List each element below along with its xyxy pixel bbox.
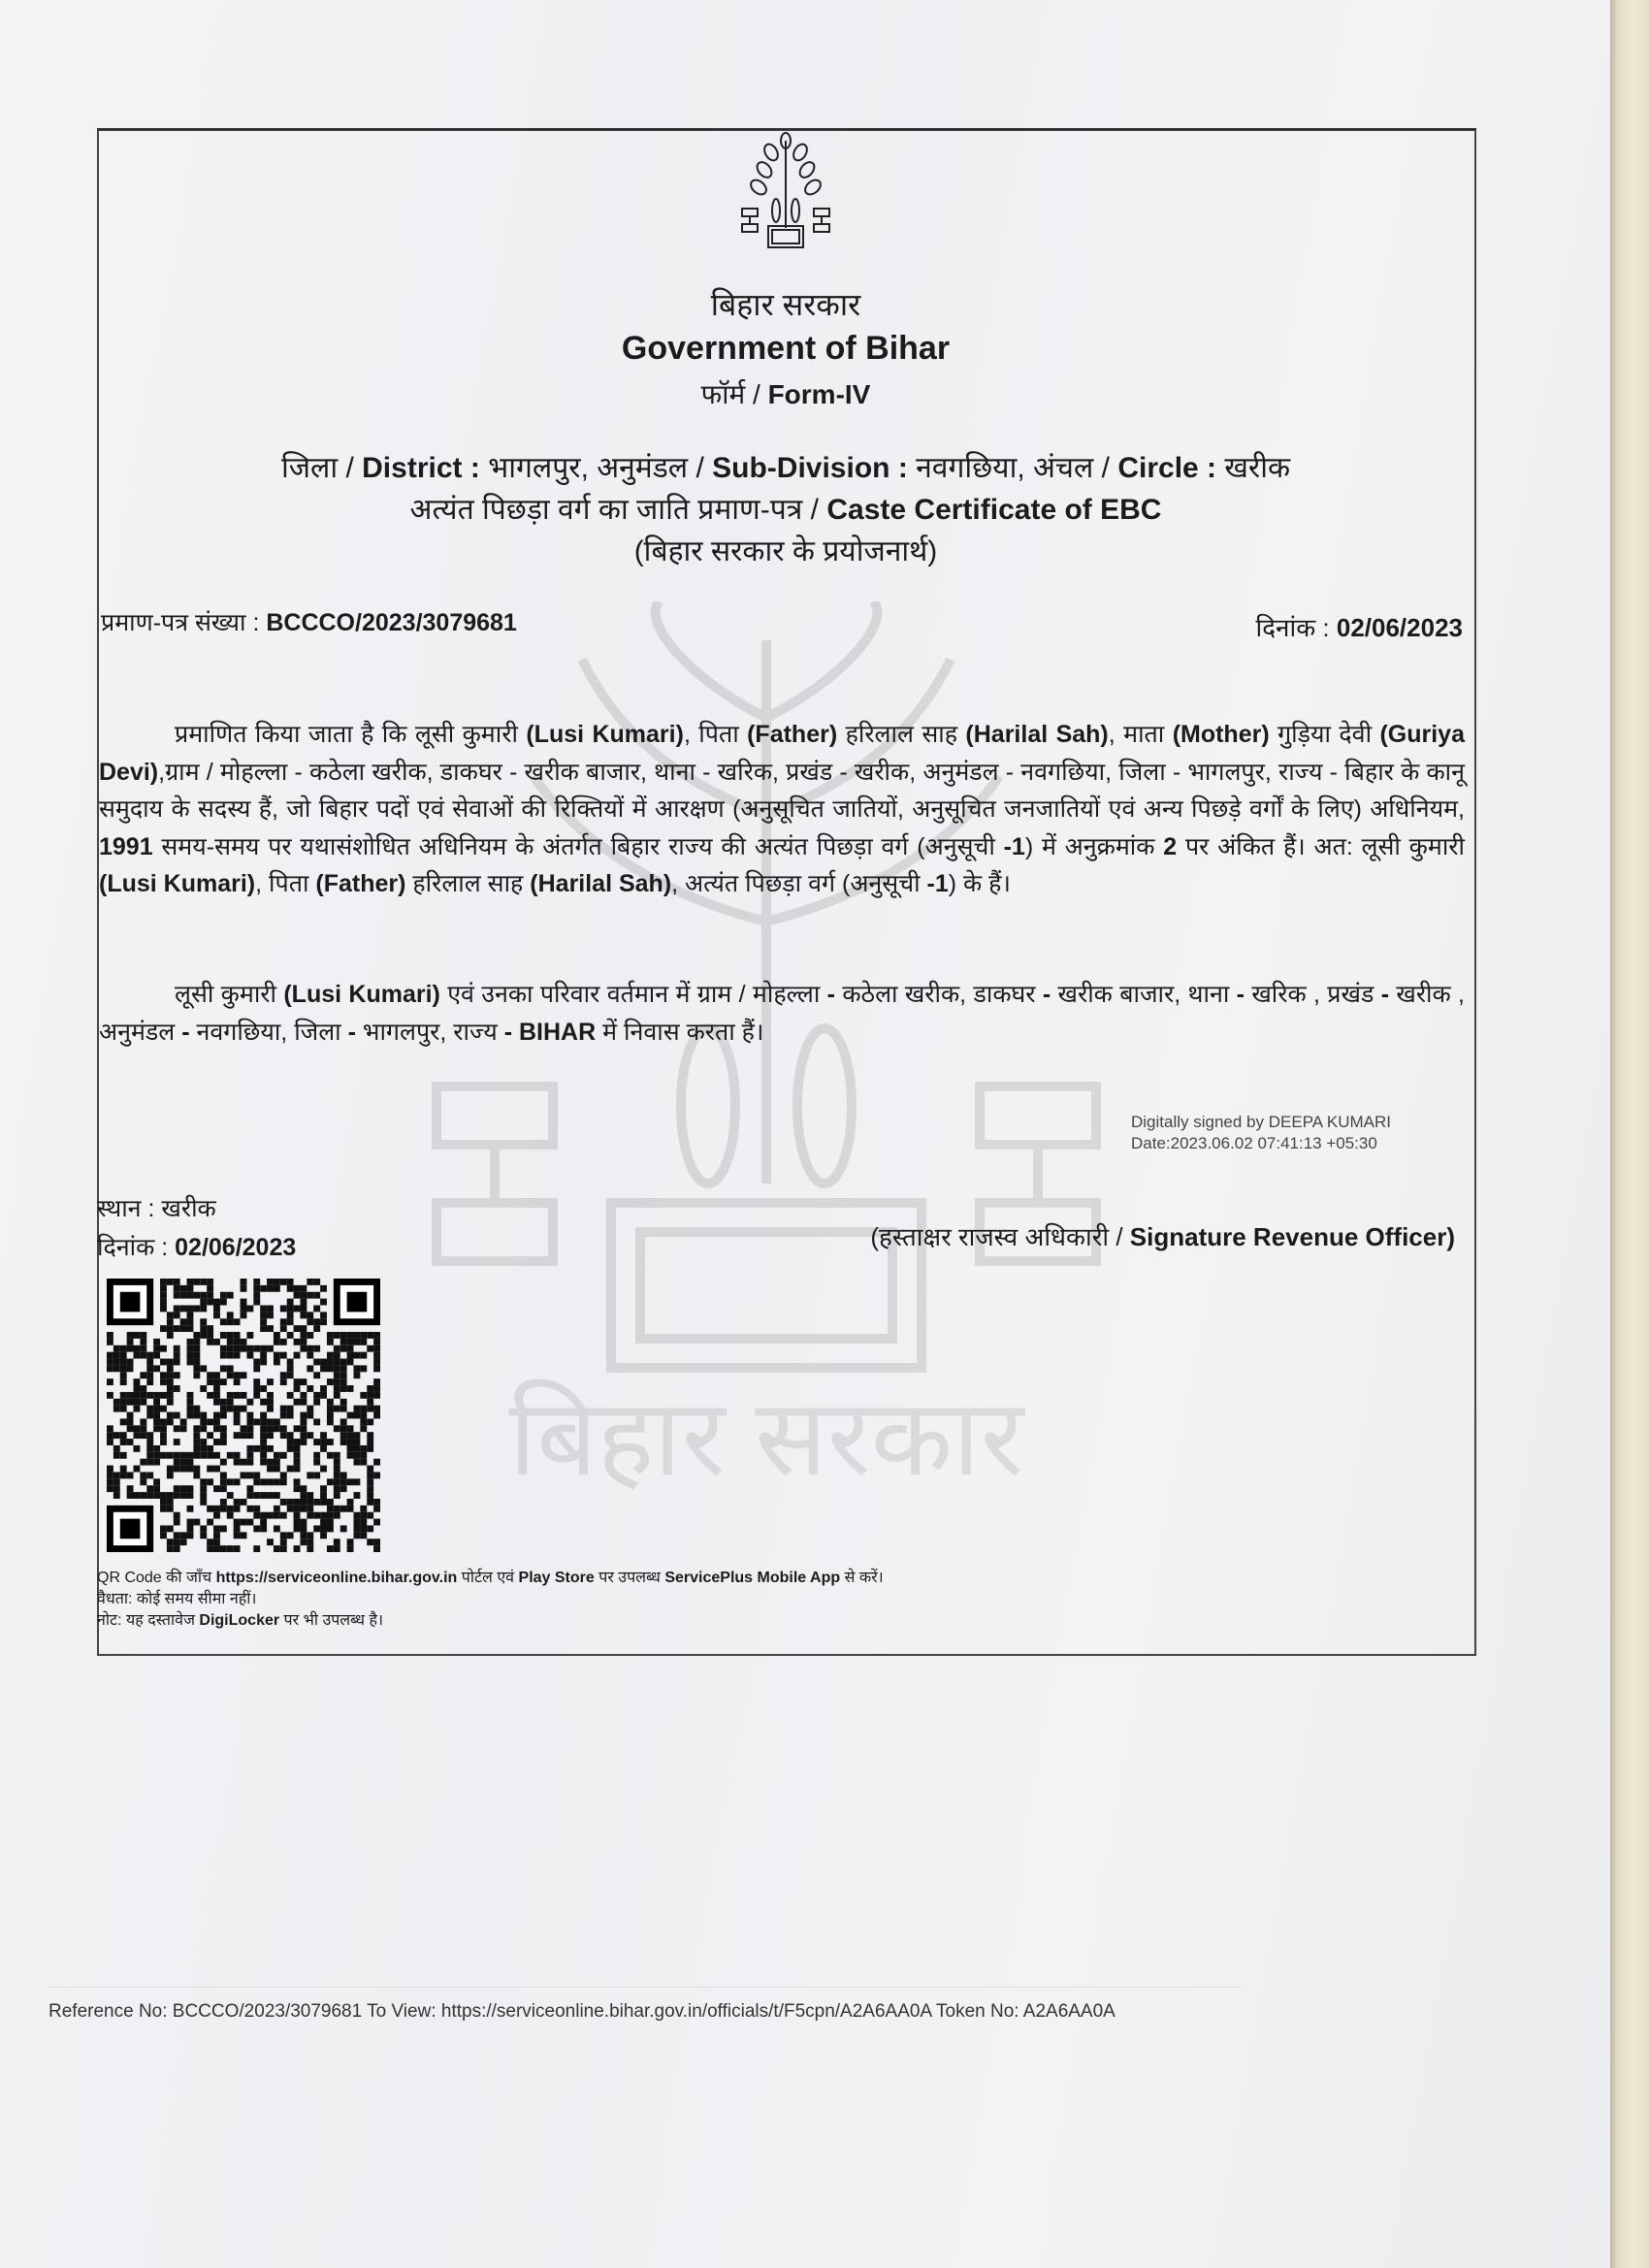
form-number: फॉर्म / Form-IV (97, 375, 1474, 412)
paper-edge (1610, 0, 1649, 2268)
govt-title-english: Government of Bihar (97, 330, 1474, 368)
validity-note: वैधता: कोई समय सीमा नहीं। (97, 1589, 884, 1610)
residence-paragraph: लूसी कुमारी (Lusi Kumari) एवं उनका परिवा… (99, 976, 1465, 1051)
notes: QR Code की जाँच https://serviceonline.bi… (97, 1568, 884, 1632)
issue-date: दिनांक : 02/06/2023 (97, 1230, 296, 1263)
certificate-purpose: (बिहार सरकार के प्रयोजनार्थ) (97, 530, 1474, 569)
govt-title-hindi: बिहार सरकार (97, 283, 1474, 325)
certificate-number: प्रमाण-पत्र संख्या : BCCCO/2023/3079681 (101, 605, 517, 638)
certificate-title: अत्यंत पिछड़ा वर्ग का जाति प्रमाण-पत्र /… (97, 488, 1474, 528)
footer-divider (48, 1987, 1242, 1988)
signature-revenue-officer: (हस्ताक्षर राजस्व अधिकारी / Signature Re… (870, 1218, 1455, 1253)
certification-paragraph: प्रमाणित किया जाता है कि लूसी कुमारी (Lu… (99, 716, 1465, 903)
digilocker-note: नोट: यह दस्तावेज DigiLocker पर भी उपलब्ध… (97, 1610, 884, 1632)
place: स्थान : खरीक (97, 1191, 216, 1224)
qr-check-note: QR Code की जाँच https://serviceonline.bi… (97, 1568, 884, 1589)
location-line: जिला / District : भागलपुर, अनुमंडल / Sub… (97, 446, 1474, 486)
certificate-date: दिनांक : 02/06/2023 (1256, 609, 1463, 644)
qr-code-icon[interactable] (107, 1279, 380, 1552)
digital-signature: Digitally signed by DEEPA KUMARI Date:20… (1131, 1112, 1391, 1154)
footer-reference: Reference No: BCCCO/2023/3079681 To View… (48, 2001, 1115, 2023)
bihar-emblem-icon (727, 131, 844, 252)
